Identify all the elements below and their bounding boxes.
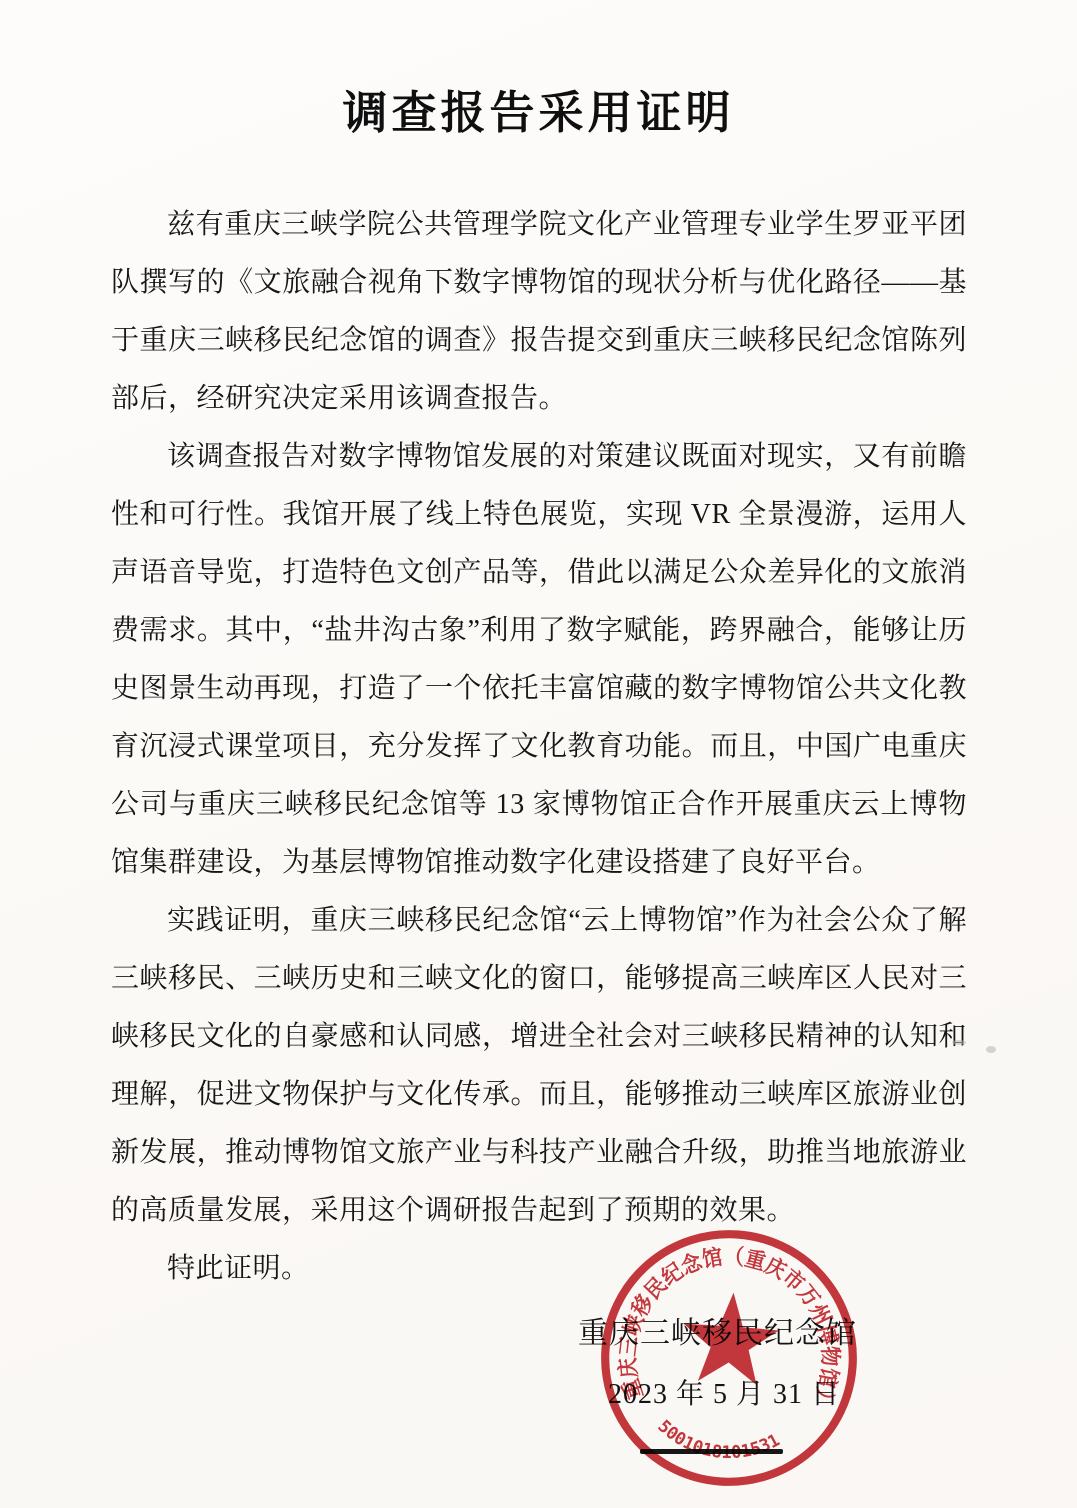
svg-text:5001018101531: 5001018101531 <box>652 1416 785 1467</box>
document-title: 调查报告采用证明 <box>0 76 1077 141</box>
seal-number: 5001018101531 <box>652 1416 785 1467</box>
official-seal-stamp: 重庆三峡移民纪念馆（重庆市万州博物馆） 5001018101531 <box>588 1217 870 1499</box>
body-paragraph: 该调查报告对数字博物馆发展的对策建议既面对现实，又有前瞻性和可行性。我馆开展了线… <box>111 428 967 892</box>
scan-speckle <box>952 1040 966 1045</box>
document-body: 兹有重庆三峡学院公共管理学院文化产业管理专业学生罗亚平团队撰写的《文旅融合视角下… <box>111 196 967 1298</box>
document-page: 调查报告采用证明 兹有重庆三峡学院公共管理学院文化产业管理专业学生罗亚平团队撰写… <box>0 0 1077 1508</box>
scan-speckle <box>986 1046 996 1053</box>
body-paragraph: 实践证明，重庆三峡移民纪念馆“云上博物馆”作为社会公众了解三峡移民、三峡历史和三… <box>111 892 967 1240</box>
star-icon <box>680 1289 781 1386</box>
body-paragraph: 兹有重庆三峡学院公共管理学院文化产业管理专业学生罗亚平团队撰写的《文旅融合视角下… <box>111 196 967 428</box>
